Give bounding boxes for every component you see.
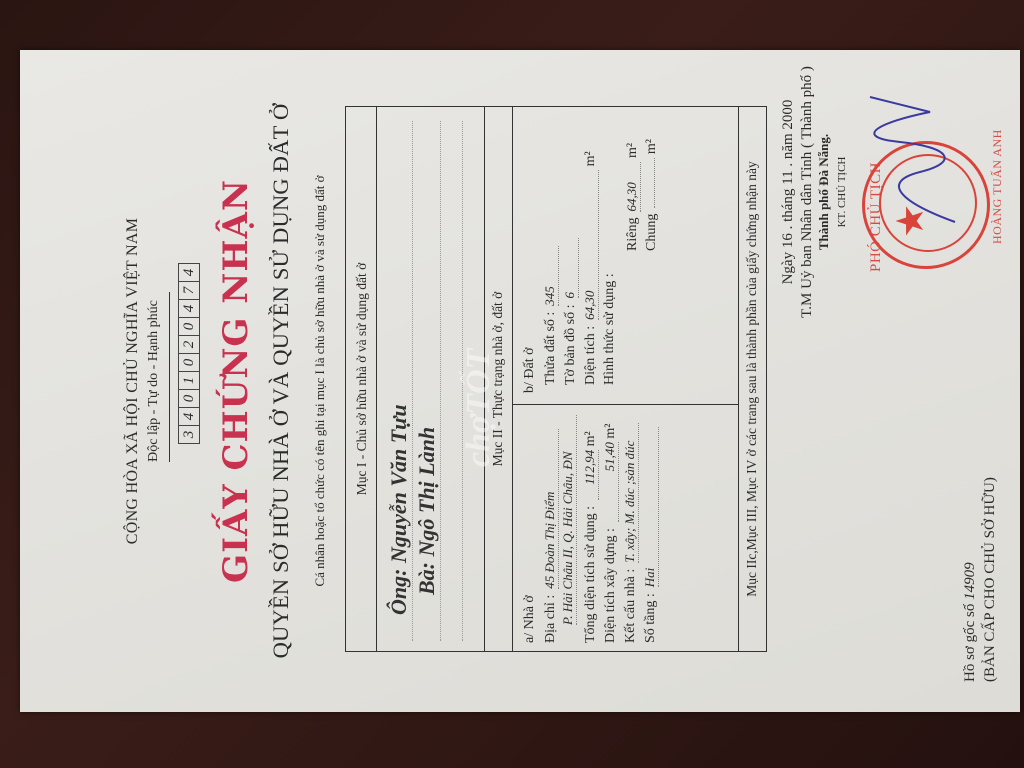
build-area-value: 51,40	[602, 442, 619, 522]
serial-digit: 0	[179, 317, 199, 335]
certificate-title: GIẤY CHỨNG NHẬN	[216, 50, 256, 712]
serial-digit: 7	[179, 281, 199, 299]
serial-digit: 4	[179, 299, 199, 317]
structure-value: T. xây; M. đúc ;sàn đúc	[622, 423, 639, 563]
issuing-city: Thành phố Đà Nẵng.	[816, 52, 832, 332]
private-value: 64,30	[624, 162, 641, 212]
signature-block: Ngày 16 . tháng 11 . năm 2000 T.M Uỷ ban…	[780, 52, 848, 332]
total-area-value: 112,94	[582, 450, 599, 500]
address-value: 45 Đoàn Thị Điểm	[542, 429, 559, 589]
floors-row: Số tầng :Hai	[642, 427, 659, 643]
address-value-2: P. Hải Châu II, Q. Hải Châu, ĐN	[560, 415, 577, 625]
serial-number-box: 3401020474	[178, 263, 200, 444]
issuing-authority: T.M Uỷ ban Nhân dân Tỉnh ( Thành phố )	[799, 52, 816, 332]
map-row: Tờ bản đồ số :6	[562, 238, 579, 385]
column-divider	[512, 404, 738, 405]
motto-underline	[169, 292, 170, 462]
on-behalf: KT. CHỦ TỊCH	[836, 52, 848, 332]
divider	[738, 107, 739, 651]
handwritten-signature-icon	[860, 92, 970, 242]
owner-1: Ông: Nguyễn Văn Tựu	[386, 404, 412, 615]
serial-digit: 4	[179, 264, 199, 281]
structure-row: Kết cấu nhà :T. xây; M. đúc ;sàn đúc	[622, 423, 639, 643]
land-area-row: Diện tích :64,30 m²	[582, 151, 599, 385]
plot-row: Thửa đất số :345	[542, 246, 559, 385]
serial-digit: 3	[179, 425, 199, 443]
total-area-row: Tổng diện tích sử dụng :112,94 m²	[582, 431, 599, 643]
intro-text: Cá nhân hoặc tổ chức có tên ghi tại mục …	[312, 50, 328, 712]
shared-value	[654, 158, 655, 208]
owner-2: Bà: Ngô Thị Lành	[414, 427, 440, 595]
signer-name: HOÀNG TUẤN ANH	[990, 129, 1005, 244]
divider	[376, 107, 377, 651]
serial-digit: 4	[179, 407, 199, 425]
map-value: 6	[562, 238, 579, 298]
serial-digit: 0	[179, 353, 199, 371]
divider	[512, 107, 513, 651]
republic-heading: CỘNG HÒA XÃ HỘI CHỦ NGHĨA VIỆT NAM	[124, 50, 142, 712]
house-heading: a/ Nhà ở	[522, 595, 538, 643]
issue-date: Ngày 16 . tháng 11 . năm 2000	[780, 52, 797, 332]
watermark: chợTỐT	[460, 349, 498, 467]
address-row-2: P. Hải Châu II, Q. Hải Châu, ĐN	[560, 415, 577, 631]
address-row: Địa chỉ :45 Đoàn Thị Điểm	[542, 429, 559, 643]
record-number: Hồ sơ gốc số 14909	[962, 562, 979, 682]
motto: Độc lập - Tự do - Hạnh phúc	[146, 50, 162, 712]
serial-digit: 1	[179, 371, 199, 389]
certificate-page: CỘNG HÒA XÃ HỘI CHỦ NGHĨA VIỆT NAM Độc l…	[20, 50, 1020, 712]
plot-value: 345	[542, 246, 559, 306]
certificate-table: Mục I - Chủ sở hữu nhà ở và sử dụng đất …	[345, 106, 767, 652]
section1-heading: Mục I - Chủ sở hữu nhà ở và sử dụng đất …	[354, 107, 370, 651]
copy-note: (BẢN CẤP CHO CHỦ SỞ HỮU)	[982, 477, 999, 682]
usage-row: Hình thức sử dụng :	[602, 273, 618, 385]
build-area-row: Diện tích xây dựng :51,40 m²	[602, 424, 619, 644]
private-row: Riêng64,30 m²	[624, 143, 641, 251]
serial-digit: 0	[179, 389, 199, 407]
floors-value: Hai	[642, 427, 659, 587]
shared-row: Chung m²	[644, 139, 660, 251]
land-area-value: 64,30	[582, 170, 599, 320]
serial-digit: 2	[179, 335, 199, 353]
certificate-subtitle: QUYỀN SỞ HỮU NHÀ Ở VÀ QUYỀN SỬ DỤNG ĐẤT …	[268, 50, 294, 712]
footer-note: Mục IIc,Mục III, Mục IV ở các trang sau …	[744, 107, 760, 651]
land-heading: b/ Đất ở	[522, 347, 538, 393]
